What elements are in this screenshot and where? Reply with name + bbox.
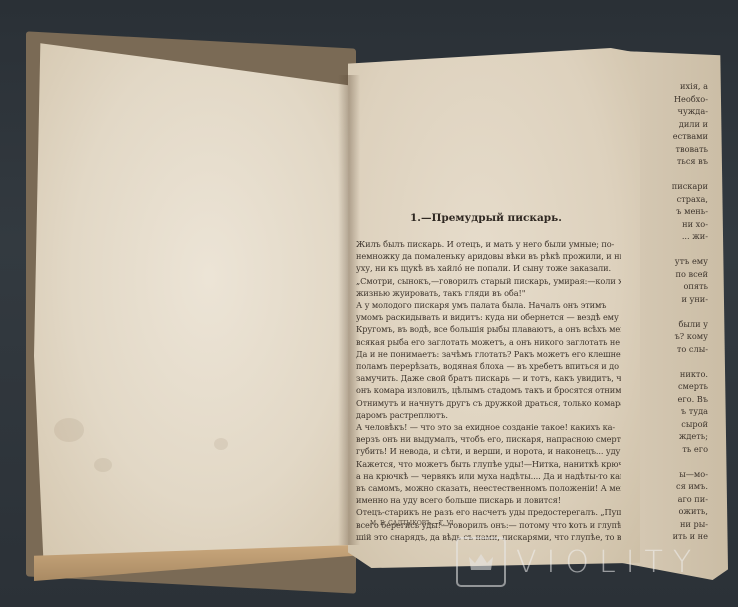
text-line: поламъ перерѣзать, водяная блоха — въ хр…	[356, 360, 621, 372]
text-line: немножку да помаленьку аридовы вѣки въ р…	[356, 250, 621, 262]
foxing-stain	[94, 458, 112, 472]
edge-text-line: ть его	[628, 443, 708, 456]
text-line: даромъ растреплютъ.	[356, 409, 621, 421]
edge-text-line	[628, 355, 708, 368]
text-line: Кругомъ, въ водѣ, все большія рыбы плава…	[356, 323, 621, 335]
edge-text-line: ся имъ.	[628, 480, 708, 493]
edge-text-line: ни хо-	[628, 218, 708, 231]
edge-text-line	[628, 168, 708, 181]
edge-text-line: ни ры-	[628, 518, 708, 531]
edge-text-line: дили и	[628, 118, 708, 131]
edge-page-text: ихія, аНеобхо-чужда-дили иествамитвовать…	[628, 80, 708, 543]
text-line: именно на уду всего больше пискарь и лов…	[356, 494, 621, 506]
text-line: Жилъ былъ пискарь. И отецъ, и мать у нег…	[356, 238, 621, 250]
edge-text-line: опять	[628, 280, 708, 293]
text-line: всякая рыба его заглотать можетъ, а онъ …	[356, 336, 621, 348]
edge-text-line: ъ? кому	[628, 330, 708, 343]
text-line: онъ комара изловилъ, цѣлымъ стадомъ такъ…	[356, 384, 621, 396]
edge-text-line: ться въ	[628, 155, 708, 168]
edge-text-line: и уни-	[628, 293, 708, 306]
edge-text-line: его. Въ	[628, 393, 708, 406]
book-photo: 1.—Премудрый пискарь. Жилъ былъ пискарь.…	[0, 0, 738, 607]
foxing-stain	[54, 418, 84, 442]
edge-text-line: аго пи-	[628, 493, 708, 506]
text-line: Отецъ-старикъ не разъ его насчетъ уды пр…	[356, 506, 621, 518]
page-body: Жилъ былъ пискарь. И отецъ, и мать у нег…	[356, 238, 621, 543]
page-number: 1	[568, 522, 572, 530]
text-line: жизнью жуировать, такъ гляди въ оба!"	[356, 287, 621, 299]
edge-text-line: никто.	[628, 368, 708, 381]
edge-text-line: ествами	[628, 130, 708, 143]
text-line: А человѣкъ! — что это за ехидное создані…	[356, 421, 621, 433]
text-line: А у молодого пискаря умъ палата была. На…	[356, 299, 621, 311]
edge-text-line	[628, 305, 708, 318]
edge-text-line: утъ ему	[628, 255, 708, 268]
watermark: VIOLITY	[456, 537, 701, 587]
edge-text-line: ожить,	[628, 505, 708, 518]
text-line: верзъ онъ ни выдумалъ, чтобъ его, пискар…	[356, 433, 621, 445]
edge-text-line: ихія, а	[628, 80, 708, 93]
edge-text-line: ... жи-	[628, 230, 708, 243]
text-line: уху, ни къ щукѣ въ хайлó не попали. И сы…	[356, 262, 621, 274]
text-line: Да и не понимаетъ: зачѣмъ глотать? Ракъ …	[356, 348, 621, 360]
page-footer: М. Е. САЛТЫКОВЪ.—Т. VI.	[370, 520, 455, 527]
edge-text-line	[628, 243, 708, 256]
edge-text-line: ъ туда	[628, 405, 708, 418]
edge-text-line: Необхо-	[628, 93, 708, 106]
edge-text-line: ы—мо-	[628, 468, 708, 481]
watermark-text: VIOLITY	[516, 545, 701, 580]
edge-text-line	[628, 455, 708, 468]
text-line: умомъ раскидывать и видитъ: куда ни обер…	[356, 311, 621, 323]
text-line: въ самомъ, можно сказать, неестественном…	[356, 482, 621, 494]
text-line: губить! И невода, и сѣти, и верши, и нор…	[356, 445, 621, 457]
edge-text-line: чужда-	[628, 105, 708, 118]
edge-text-line: пискари	[628, 180, 708, 193]
text-line: Отнимутъ и начнутъ другъ съ дружкой драт…	[356, 397, 621, 409]
crown-icon	[456, 537, 506, 587]
edge-text-line: страха,	[628, 193, 708, 206]
edge-text-line: по всей	[628, 268, 708, 281]
edge-text-line: сырой	[628, 418, 708, 431]
foxing-stain	[214, 438, 228, 450]
text-line: а на крючкѣ — червякъ или муха надѣты...…	[356, 470, 621, 482]
edge-text-line: смерть	[628, 380, 708, 393]
edge-text-line: были у	[628, 318, 708, 331]
text-line: Кажется, что можетъ быть глупѣе уды!—Нит…	[356, 458, 621, 470]
edge-text-line: ъ мень-	[628, 205, 708, 218]
text-line: „Смотри, сынокъ,—говорилъ старый пискарь…	[356, 275, 621, 287]
left-blank-page	[34, 38, 352, 568]
edge-text-line: то слы-	[628, 343, 708, 356]
chapter-title: 1.—Премудрый пискарь.	[410, 212, 562, 224]
edge-text-line: ждеть;	[628, 430, 708, 443]
edge-text-line: твовать	[628, 143, 708, 156]
text-line: замучить. Даже свой братъ пискарь — и то…	[356, 372, 621, 384]
